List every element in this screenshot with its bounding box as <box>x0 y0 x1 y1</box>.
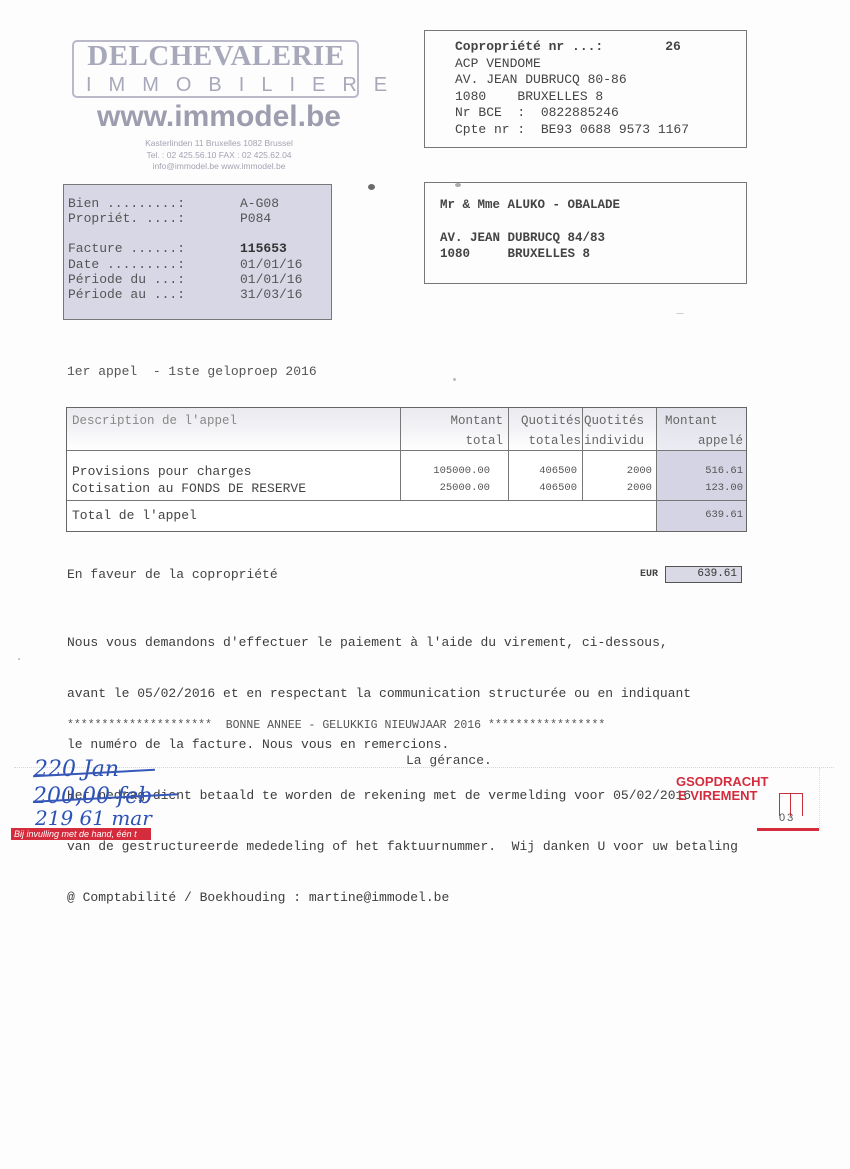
message-line: @ Comptabilité / Boekhouding : martine@i… <box>67 889 738 906</box>
recipient-gap <box>440 214 746 230</box>
row-quotites-individu: 2000 <box>583 482 652 494</box>
header-line: totales <box>509 431 581 451</box>
row-quotites-totales: 406500 <box>509 482 577 494</box>
logo-subtitle: IMMOBILIERE <box>78 74 354 97</box>
slip-title-fr: E VIREMENT <box>678 788 757 803</box>
recipient-box: Mr & Mme ALUKO - OBALADE AV. JEAN DUBRUC… <box>424 182 747 284</box>
header-line: Quotités <box>509 411 581 431</box>
handwritten-note-3: 219 61 mar <box>35 806 152 830</box>
slip-instruction-banner: Bij invulling met de hand, één t <box>11 828 151 840</box>
copropriete-city: 1080 BRUXELLES 8 <box>455 89 746 106</box>
appel-table: Description de l'appel Montant total Quo… <box>66 407 747 532</box>
handwritten-note-1: 220 Jan <box>34 757 119 782</box>
info-label: Bien .........: <box>68 196 240 211</box>
recipient-city: 1080 BRUXELLES 8 <box>440 246 746 263</box>
slip-border <box>819 768 820 830</box>
slip-red-line <box>757 828 819 831</box>
header-line: Quotités <box>584 411 656 431</box>
recipient-name: Mr & Mme ALUKO - OBALADE <box>440 197 746 214</box>
invoice-info-box: Bien .........: A-G08 Propriét. ....: P0… <box>63 184 332 320</box>
header-line: Montant <box>657 411 743 431</box>
appel-title: 1er appel - 1ste geloproep 2016 <box>67 364 317 379</box>
header-montant-total: Montant total <box>401 411 503 451</box>
copropriete-name: ACP VENDOME <box>455 56 746 73</box>
row-montant-total: 105000.00 <box>401 465 490 477</box>
info-value: 31/03/16 <box>240 287 302 302</box>
header-quotites-individu: Quotités individu <box>584 411 656 451</box>
signature: La gérance. <box>406 753 492 768</box>
header-line: individu <box>584 431 656 451</box>
info-row-proprietaire: Propriét. ....: P084 <box>68 211 331 226</box>
info-label: Période du ...: <box>68 272 240 287</box>
header-line: total <box>401 431 503 451</box>
row-montant-appele: 123.00 <box>657 482 743 494</box>
info-row-periode-au: Période au ...: 31/03/16 <box>68 287 331 302</box>
header-montant-appele: Montant appelé <box>657 411 743 451</box>
info-gap <box>68 226 331 241</box>
header-line: Montant <box>401 411 503 431</box>
company-address: Kasterlinden 11 Bruxelles 1082 Brussel <box>74 138 364 150</box>
info-row-facture: Facture ......: 115653 <box>68 241 331 256</box>
info-value: P084 <box>240 211 271 226</box>
invoice-number: 115653 <box>240 241 287 256</box>
copropriete-street: AV. JEAN DUBRUCQ 80-86 <box>455 72 746 89</box>
info-label: Date .........: <box>68 257 240 272</box>
row-montant-appele: 516.61 <box>657 465 743 477</box>
scan-speck <box>18 658 20 660</box>
total-value: 639.61 <box>657 509 743 521</box>
row-montant-total: 25000.00 <box>401 482 490 494</box>
total-label: Total de l'appel <box>72 508 197 523</box>
message-line: Nous vous demandons d'effectuer le paiem… <box>67 634 738 651</box>
copropriete-header: Copropriété nr ...:26 <box>455 39 746 56</box>
info-label: Propriét. ....: <box>68 211 240 226</box>
scan-speck <box>455 183 461 187</box>
copropriete-label: Copropriété nr ...: <box>455 39 603 54</box>
slip-title-nl: GSOPDRACHT <box>676 774 768 789</box>
message-line: le numéro de la facture. Nous vous en re… <box>67 736 738 753</box>
header-description: Description de l'appel <box>72 411 237 431</box>
info-row-date: Date .........: 01/01/16 <box>68 257 331 272</box>
slip-number: 03 <box>779 812 795 824</box>
logo-company-name: DELCHEVALERIE <box>78 40 354 73</box>
copropriete-box: Copropriété nr ...:26 ACP VENDOME AV. JE… <box>424 30 747 148</box>
message-line: avant le 05/02/2016 et en respectant la … <box>67 685 738 702</box>
copropriete-bce: Nr BCE : 0822885246 <box>455 105 746 122</box>
company-phone-fax: Tel. : 02 425.56.10 FAX : 02 425.62.04 <box>74 150 364 162</box>
info-row-periode-du: Période du ...: 01/01/16 <box>68 272 331 287</box>
copropriete-account: Cpte nr : BE93 0688 9573 1167 <box>455 122 746 139</box>
payment-message: Nous vous demandons d'effectuer le paiem… <box>67 600 738 923</box>
scan-speck <box>453 378 456 381</box>
header-line: appelé <box>657 431 743 451</box>
logo-website: www.immodel.be <box>74 100 364 134</box>
info-value: 01/01/16 <box>240 272 302 287</box>
total-divider <box>67 500 746 501</box>
amount-due: 639.61 <box>665 566 742 583</box>
slip-cut-line <box>14 767 834 768</box>
row-quotites-totales: 406500 <box>509 465 577 477</box>
info-row-bien: Bien .........: A-G08 <box>68 196 331 211</box>
scan-speck <box>368 184 375 190</box>
copropriete-number: 26 <box>665 39 681 54</box>
info-label: Période au ...: <box>68 287 240 302</box>
message-line: van de gestructureerde mededeling of het… <box>67 838 738 855</box>
info-value: A-G08 <box>240 196 279 211</box>
currency-label: EUR <box>640 569 658 580</box>
recipient-street: AV. JEAN DUBRUCQ 84/83 <box>440 230 746 247</box>
company-email-web: info@immodel.be www.immodel.be <box>74 161 364 173</box>
header-quotites-totales: Quotités totales <box>509 411 581 451</box>
scan-speck <box>676 313 684 314</box>
info-label: Facture ......: <box>68 241 240 256</box>
row-description: Provisions pour charges <box>72 464 251 479</box>
row-quotites-individu: 2000 <box>583 465 652 477</box>
logo-contact: Kasterlinden 11 Bruxelles 1082 Brussel T… <box>74 138 364 173</box>
faveur-label: En faveur de la copropriété <box>67 567 278 582</box>
new-year-wishes: ********************* BONNE ANNEE - GELU… <box>67 719 605 732</box>
row-description: Cotisation au FONDS DE RESERVE <box>72 481 306 496</box>
info-value: 01/01/16 <box>240 257 302 272</box>
